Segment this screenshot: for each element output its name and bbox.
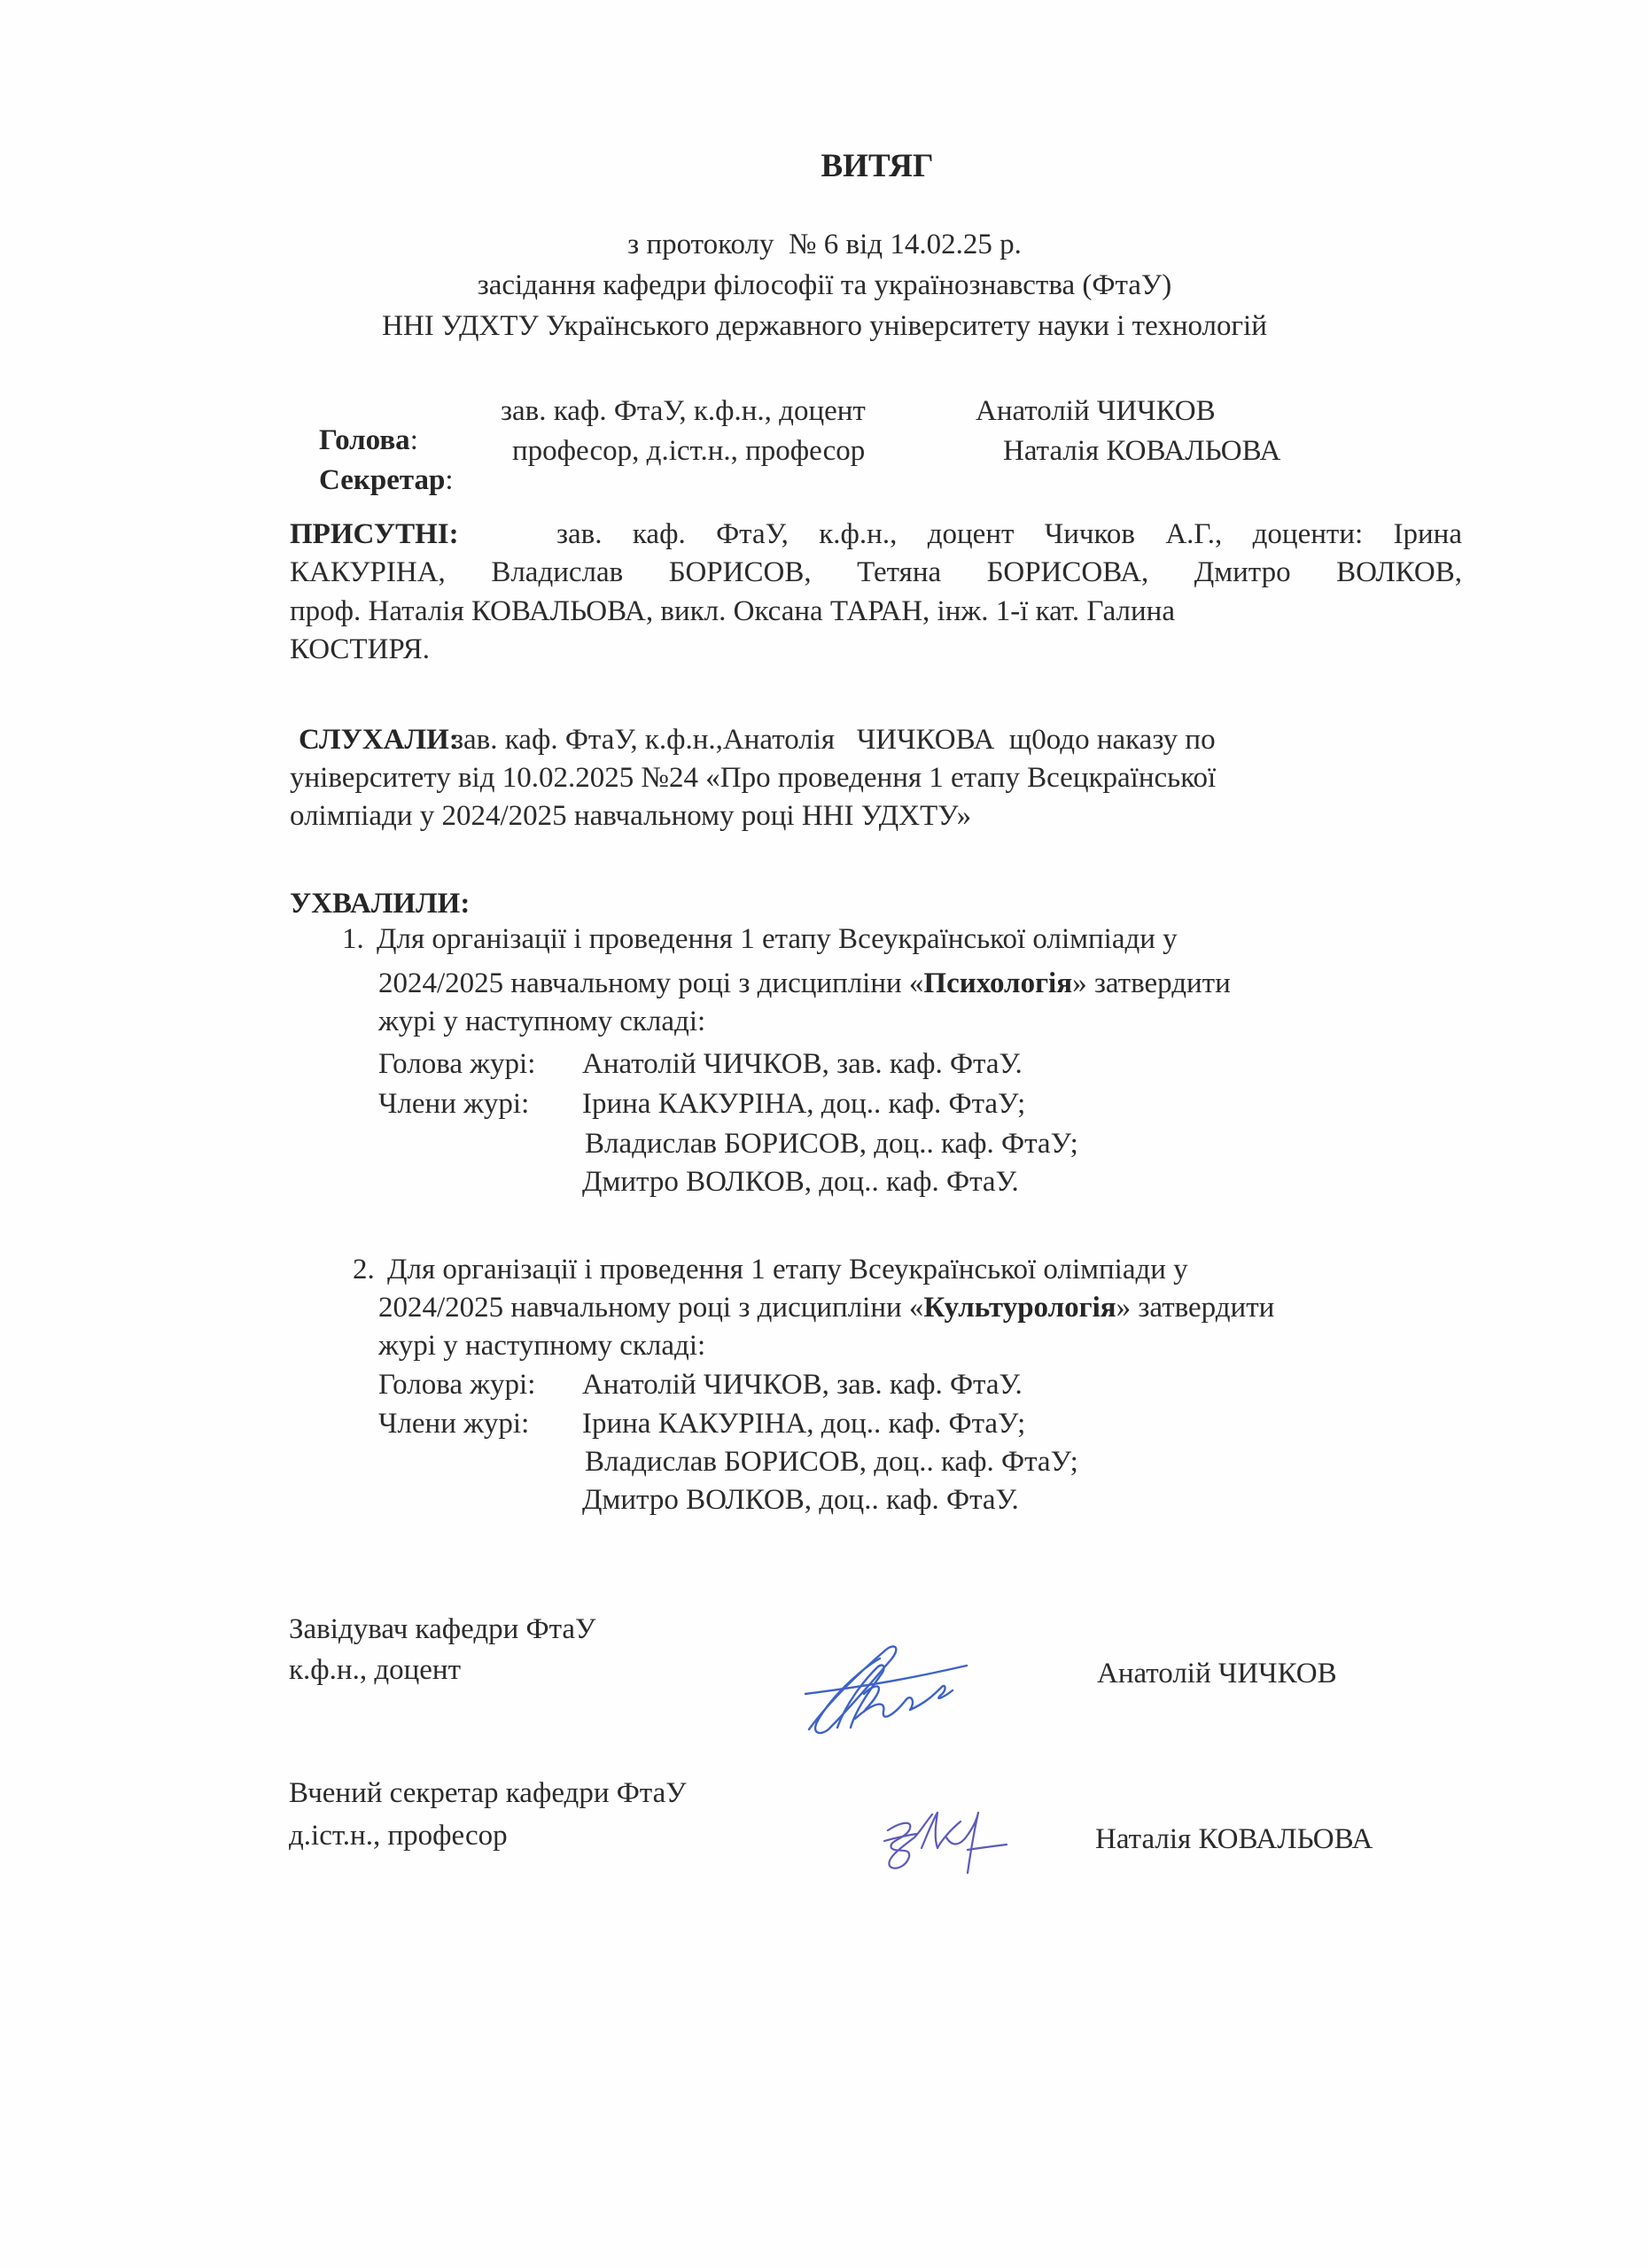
jury-head: Анатолій ЧИЧКОВ, зав. каф. ФтаУ. <box>582 1050 1023 1079</box>
signatory-name: Наталія КОВАЛЬОВА <box>1095 1825 1373 1854</box>
signatory-position: Завідувач кафедри ФтаУ <box>289 1615 595 1644</box>
resolution-2-number: 2. <box>353 1255 375 1285</box>
heard-line: олімпіади у 2024/2025 навчальному році Н… <box>290 802 971 831</box>
heard-line: університету від 10.02.2025 №24 «Про про… <box>290 764 1216 793</box>
jury-members-label: Члени журі: <box>378 1410 529 1439</box>
document-page: ВИТЯГ з протоколу № 6 від 14.02.25 р. за… <box>0 0 1649 2268</box>
jury-member: Владислав БОРИСОВ, доц.. каф. ФтаУ; <box>585 1448 1078 1477</box>
present-line: КАКУРІНА, Владислав БОРИСОВ, Тетяна БОРИ… <box>290 558 1462 587</box>
resolution-2-line: 2024/2025 навчальному році з дисципліни … <box>378 1293 1274 1323</box>
present-line: проф. Наталія КОВАЛЬОВА, викл. Оксана ТА… <box>290 597 1175 626</box>
secretary-row: Секретар: <box>290 437 454 524</box>
heard-label: СЛУХАЛИ: <box>299 726 459 755</box>
resolution-1-line: 2024/2025 навчальному році з дисципліни … <box>378 969 1231 998</box>
resolution-1-line: Для організації і проведення 1 етапу Все… <box>377 925 1178 954</box>
institution-line: ННІ УДХТУ Українського державного універ… <box>0 312 1649 341</box>
jury-member: Ірина КАКУРІНА, доц.. каф. ФтаУ; <box>582 1090 1025 1119</box>
signatory-degree: д.іст.н., професор <box>289 1821 508 1851</box>
jury-members-label: Члени журі: <box>378 1090 529 1119</box>
signatory-degree: к.ф.н., доцент <box>289 1656 461 1685</box>
jury-member: Владислав БОРИСОВ, доц.. каф. ФтаУ; <box>585 1130 1078 1159</box>
resolution-2-line: Для організації і проведення 1 етапу Все… <box>387 1255 1188 1285</box>
signature-icon <box>802 1641 970 1738</box>
jury-head-label: Голова журі: <box>378 1371 535 1400</box>
jury-head-label: Голова журі: <box>378 1050 535 1079</box>
signature-icon <box>879 1795 1012 1876</box>
secretary-name: Наталія КОВАЛЬОВА <box>1003 437 1280 466</box>
heard-line: зав. каф. ФтаУ, к.ф.н.,Анатолія ЧИЧКОВА … <box>452 726 1216 755</box>
chair-name: Анатолій ЧИЧКОВ <box>976 397 1216 426</box>
protocol-line: з протоколу № 6 від 14.02.25 р. <box>0 230 1649 260</box>
jury-member: Дмитро ВОЛКОВ, доц.. каф. ФтаУ. <box>582 1486 1019 1515</box>
document-title: ВИТЯГ <box>0 147 1649 185</box>
signatory-name: Анатолій ЧИЧКОВ <box>1097 1659 1337 1689</box>
present-line: зав. каф. ФтаУ, к.ф.н., доцент Чичков А.… <box>556 520 1462 549</box>
resolution-1-number: 1. <box>342 925 364 954</box>
discipline-name: Психологія <box>923 967 1072 999</box>
jury-head: Анатолій ЧИЧКОВ, зав. каф. ФтаУ. <box>582 1371 1023 1400</box>
present-line: КОСТИРЯ. <box>290 635 430 664</box>
jury-member: Ірина КАКУРІНА, доц.. каф. ФтаУ; <box>582 1410 1025 1439</box>
resolution-1-line: журі у наступному складі: <box>378 1007 705 1037</box>
discipline-name: Культурологія <box>923 1292 1116 1324</box>
meeting-line: засідання кафедри філософії та українозн… <box>0 271 1649 300</box>
jury-member: Дмитро ВОЛКОВ, доц.. каф. ФтаУ. <box>582 1168 1019 1197</box>
secretary-position: професор, д.іст.н., професор <box>512 437 865 466</box>
resolved-label: УХВАЛИЛИ: <box>290 889 470 919</box>
present-label: ПРИСУТНІ: <box>290 520 459 549</box>
chair-position: зав. каф. ФтаУ, к.ф.н., доцент <box>501 397 866 426</box>
secretary-label: Секретар <box>319 464 445 496</box>
signatory-position: Вчений секретар кафедри ФтаУ <box>289 1779 687 1808</box>
resolution-2-line: журі у наступному складі: <box>378 1332 705 1361</box>
